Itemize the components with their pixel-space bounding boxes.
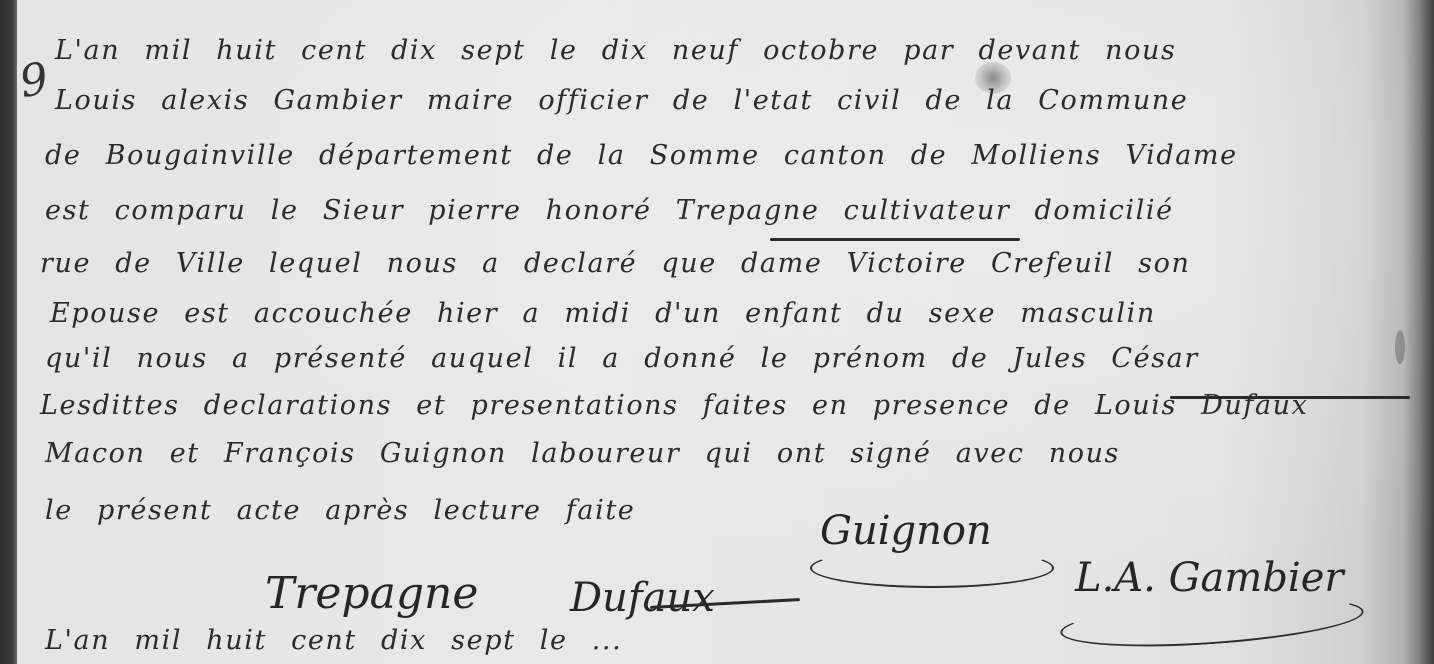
record-line-7: qu'il nous a présenté auquel il a donné … bbox=[45, 343, 1404, 374]
record-line-4: est comparu le Sieur pierre honoré Trepa… bbox=[45, 195, 1404, 226]
record-line-1: L'an mil huit cent dix sept le dix neuf … bbox=[55, 35, 1404, 66]
next-record-start-line: L'an mil huit cent dix sept le ... bbox=[45, 625, 1404, 656]
signature-trepagne: Trepagne bbox=[265, 568, 478, 619]
binding-edge-left bbox=[0, 0, 17, 664]
signature-flourish bbox=[810, 548, 1054, 588]
signature-guignon: Guignon bbox=[820, 508, 992, 554]
record-line-2: Louis alexis Gambier maire officier de l… bbox=[55, 85, 1404, 116]
binding-edge-right bbox=[1404, 0, 1434, 664]
record-line-6: Epouse est accouchée hier a midi d'un en… bbox=[50, 298, 1404, 329]
signature-dufaux: Dufaux bbox=[570, 575, 715, 621]
record-line-9: Macon et François Guignon laboureur qui … bbox=[45, 438, 1404, 469]
signature-gambier-mayor: L.A. Gambier bbox=[1075, 555, 1344, 601]
name-underline-trepagne bbox=[770, 238, 1020, 241]
scanned-register-page: 9 L'an mil huit cent dix sept le dix neu… bbox=[0, 0, 1434, 664]
record-line-8: Lesdittes declarations et presentations … bbox=[40, 390, 1404, 421]
margin-record-number: 9 bbox=[16, 53, 52, 108]
record-line-5: rue de Ville lequel nous a declaré que d… bbox=[40, 248, 1404, 279]
record-line-10: le présent acte après lecture faite bbox=[45, 495, 1404, 526]
record-line-3: de Bougainville département de la Somme … bbox=[45, 140, 1404, 171]
